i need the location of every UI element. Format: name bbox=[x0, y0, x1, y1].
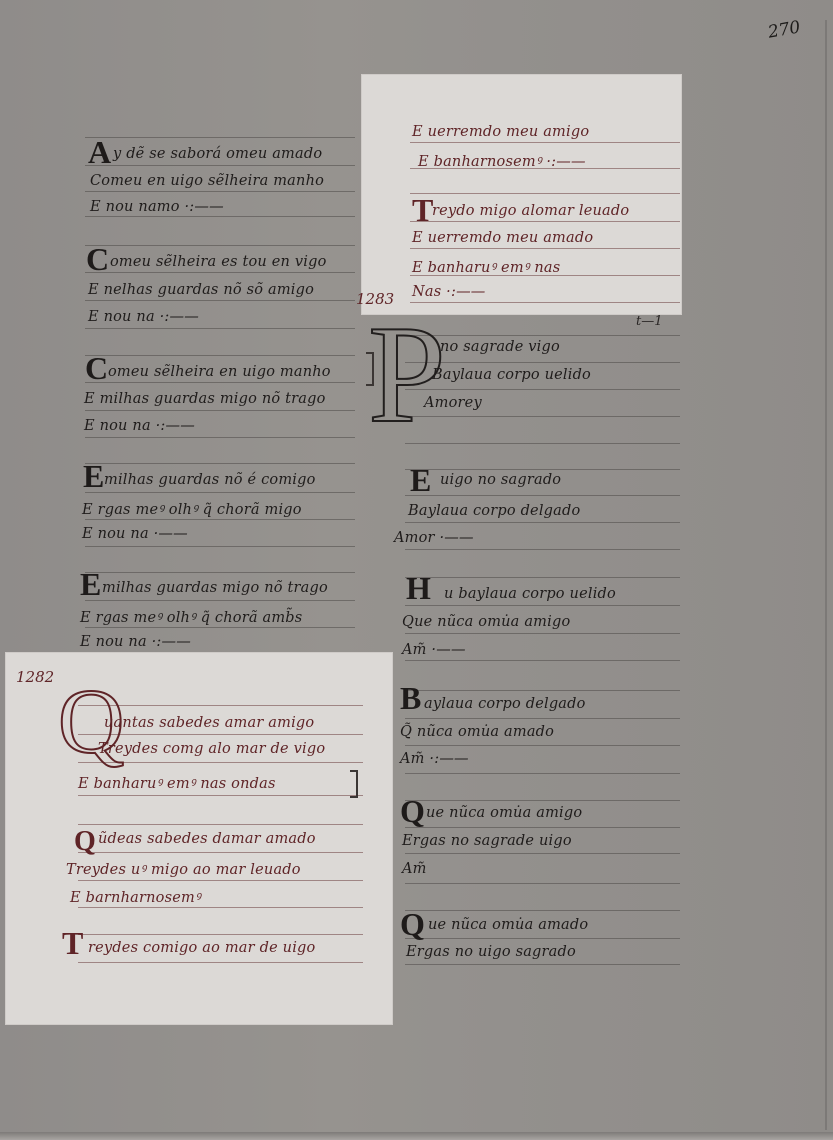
verse-line: E nelhas guardas nõ sõ amigo bbox=[88, 282, 314, 298]
verse-line: Amor ·—— bbox=[394, 530, 474, 546]
ruling-line bbox=[405, 605, 680, 606]
verse-line: Am̃ ·:—— bbox=[400, 751, 469, 767]
initial-letter: H bbox=[406, 572, 431, 604]
verse-line: u baylaua corpo uelido bbox=[444, 586, 616, 602]
verse-line: Am̃ bbox=[402, 861, 427, 877]
ruling-line bbox=[85, 627, 355, 628]
ruling-line bbox=[405, 800, 680, 801]
verse-line: uantas sabedes amar amigo bbox=[104, 715, 314, 731]
verse-line: E banharnosemꝰ ·:—— bbox=[418, 151, 586, 171]
initial-letter: C bbox=[85, 352, 108, 384]
ruling-line bbox=[85, 382, 355, 383]
ruling-line bbox=[78, 907, 363, 908]
ruling-line bbox=[85, 137, 355, 138]
ruling-line bbox=[405, 660, 680, 661]
page-edge bbox=[825, 20, 827, 1130]
ruling-line bbox=[405, 773, 680, 774]
ruling-line bbox=[78, 824, 363, 825]
initial-letter: E bbox=[410, 464, 431, 496]
verse-line: reydo migo alomar leuado bbox=[432, 203, 629, 219]
verse-line: Amorey bbox=[424, 395, 482, 411]
poem-number: 1282 bbox=[16, 668, 54, 686]
verse-line: no sagrade vigo bbox=[440, 339, 560, 355]
verse-line: E milhas guardas migo nõ trago bbox=[84, 391, 326, 407]
initial-letter: E bbox=[83, 460, 104, 492]
ruling-line bbox=[85, 600, 355, 601]
ruling-line bbox=[405, 522, 680, 523]
ruling-line bbox=[78, 880, 363, 881]
verse-line: E nou na ·:—— bbox=[80, 634, 191, 650]
initial-letter: Q bbox=[400, 795, 425, 827]
page-bottom-edge bbox=[0, 1132, 833, 1140]
ruling-line bbox=[405, 938, 680, 939]
ruling-line bbox=[410, 302, 680, 303]
initial-letter: T bbox=[62, 927, 83, 959]
ruling-line bbox=[85, 191, 355, 192]
ruling-line bbox=[405, 827, 680, 828]
ruling-line bbox=[85, 572, 355, 573]
ruling-line bbox=[85, 546, 355, 547]
ruling-line bbox=[410, 193, 680, 194]
ruling-line bbox=[85, 437, 355, 438]
ruling-line bbox=[85, 216, 355, 217]
ruling-line bbox=[85, 165, 355, 166]
ruling-line bbox=[85, 519, 355, 520]
verse-line: E uerremdo meu amigo bbox=[412, 124, 589, 140]
verse-line: E uerremdo meu amado bbox=[412, 230, 593, 246]
verse-line: Baylaua corpo uelido bbox=[432, 367, 591, 383]
ruling-line bbox=[410, 142, 680, 143]
ruling-line bbox=[85, 463, 355, 464]
ruling-line bbox=[405, 469, 680, 470]
ruling-line bbox=[85, 492, 355, 493]
verse-line: E rgas meꝰ olhꝰ q̃ chorã migo bbox=[82, 499, 302, 519]
ruling-line bbox=[405, 718, 680, 719]
verse-line: Que nũca omu̇a amigo bbox=[402, 614, 570, 630]
ruling-line bbox=[405, 964, 680, 965]
verse-line: Q̃ nũca omu̇a amado bbox=[400, 724, 554, 740]
verse-line: E rgas meꝰ olhꝰ q̃ chorã amb̃s bbox=[80, 607, 302, 627]
ruling-line bbox=[410, 248, 680, 249]
verse-line: uigo no sagrado bbox=[440, 472, 561, 488]
ruling-line bbox=[405, 443, 680, 444]
verse-line: aylaua corpo delgado bbox=[424, 696, 586, 712]
margin-note: t—1 bbox=[636, 314, 663, 329]
ruling-line bbox=[78, 852, 363, 853]
verse-line: milhas guardas nõ é comigo bbox=[104, 472, 316, 488]
ruling-line bbox=[85, 272, 355, 273]
ruling-line bbox=[85, 410, 355, 411]
initial-letter: T bbox=[412, 194, 433, 226]
ruling-line bbox=[85, 300, 355, 301]
verse-line: ue nũca omu̇a amigo bbox=[426, 805, 582, 821]
initial-letter: B bbox=[400, 682, 421, 714]
verse-line: Baylaua corpo delgado bbox=[408, 503, 580, 519]
verse-line: Am̃ ·—— bbox=[402, 642, 466, 658]
verse-line: milhas guardas migo nõ trago bbox=[102, 580, 328, 596]
initial-letter: Q bbox=[400, 908, 425, 940]
verse-line: E nou na ·:—— bbox=[84, 418, 195, 434]
verse-line: Ergas no uigo sagrado bbox=[406, 944, 576, 960]
ruling-line bbox=[78, 795, 363, 796]
ruling-line bbox=[405, 577, 680, 578]
ruling-line bbox=[78, 934, 363, 935]
ruling-line bbox=[405, 335, 680, 336]
ruling-line bbox=[85, 245, 355, 246]
verse-line: ũdeas sabedes damar amado bbox=[98, 831, 316, 847]
verse-line: reydes comigo ao mar de uigo bbox=[88, 940, 315, 956]
verse-line: E banharuꝰ emꝰ nas bbox=[412, 257, 560, 277]
ruling-line bbox=[85, 328, 355, 329]
initial-letter: E bbox=[80, 568, 101, 600]
verse-line: Ergas no sagrade uigo bbox=[402, 833, 572, 849]
verse-line: Treydes uꝰ migo ao mar leuado bbox=[66, 859, 301, 879]
manuscript-page: 270 A y dẽ se saborá omeu amado Comeu en… bbox=[0, 0, 833, 1140]
verse-line: Treydes comg alo mar de vigo bbox=[98, 741, 325, 757]
initial-letter: Q bbox=[74, 828, 96, 856]
ruling-line bbox=[405, 690, 680, 691]
ruling-line bbox=[85, 355, 355, 356]
verse-line: omeu sẽlheira en uigo manho bbox=[108, 364, 331, 380]
margin-bracket bbox=[350, 770, 358, 798]
ruling-line bbox=[410, 221, 680, 222]
ruling-line bbox=[405, 362, 680, 363]
initial-letter: C bbox=[86, 243, 109, 275]
ruling-line bbox=[405, 389, 680, 390]
ruling-line bbox=[405, 416, 680, 417]
verse-line: Comeu en uigo sẽlheira manho bbox=[90, 173, 324, 189]
ruling-line bbox=[78, 962, 363, 963]
folio-number: 270 bbox=[767, 17, 802, 42]
ruling-line bbox=[405, 883, 680, 884]
initial-letter: A bbox=[88, 136, 111, 168]
ruling-line bbox=[405, 910, 680, 911]
highlight-region-top-right bbox=[362, 75, 681, 314]
ruling-line bbox=[405, 853, 680, 854]
ruling-line bbox=[405, 745, 680, 746]
ruling-line bbox=[405, 633, 680, 634]
verse-line: y dẽ se saborá omeu amado bbox=[113, 146, 322, 162]
verse-line: E barnharnosemꝰ bbox=[70, 887, 201, 907]
verse-line: E nou na ·:—— bbox=[88, 309, 199, 325]
ruling-line bbox=[405, 549, 680, 550]
verse-line: ue nũca omu̇a amado bbox=[428, 917, 588, 933]
ruling-line bbox=[405, 495, 680, 496]
verse-line: E nou namo ·:—— bbox=[90, 199, 224, 215]
verse-line: E banharuꝰ emꝰ nas ondas bbox=[78, 773, 276, 793]
verse-line: E nou na ·—— bbox=[82, 526, 188, 542]
verse-line: omeu sẽlheira es tou en vigo bbox=[110, 254, 327, 270]
